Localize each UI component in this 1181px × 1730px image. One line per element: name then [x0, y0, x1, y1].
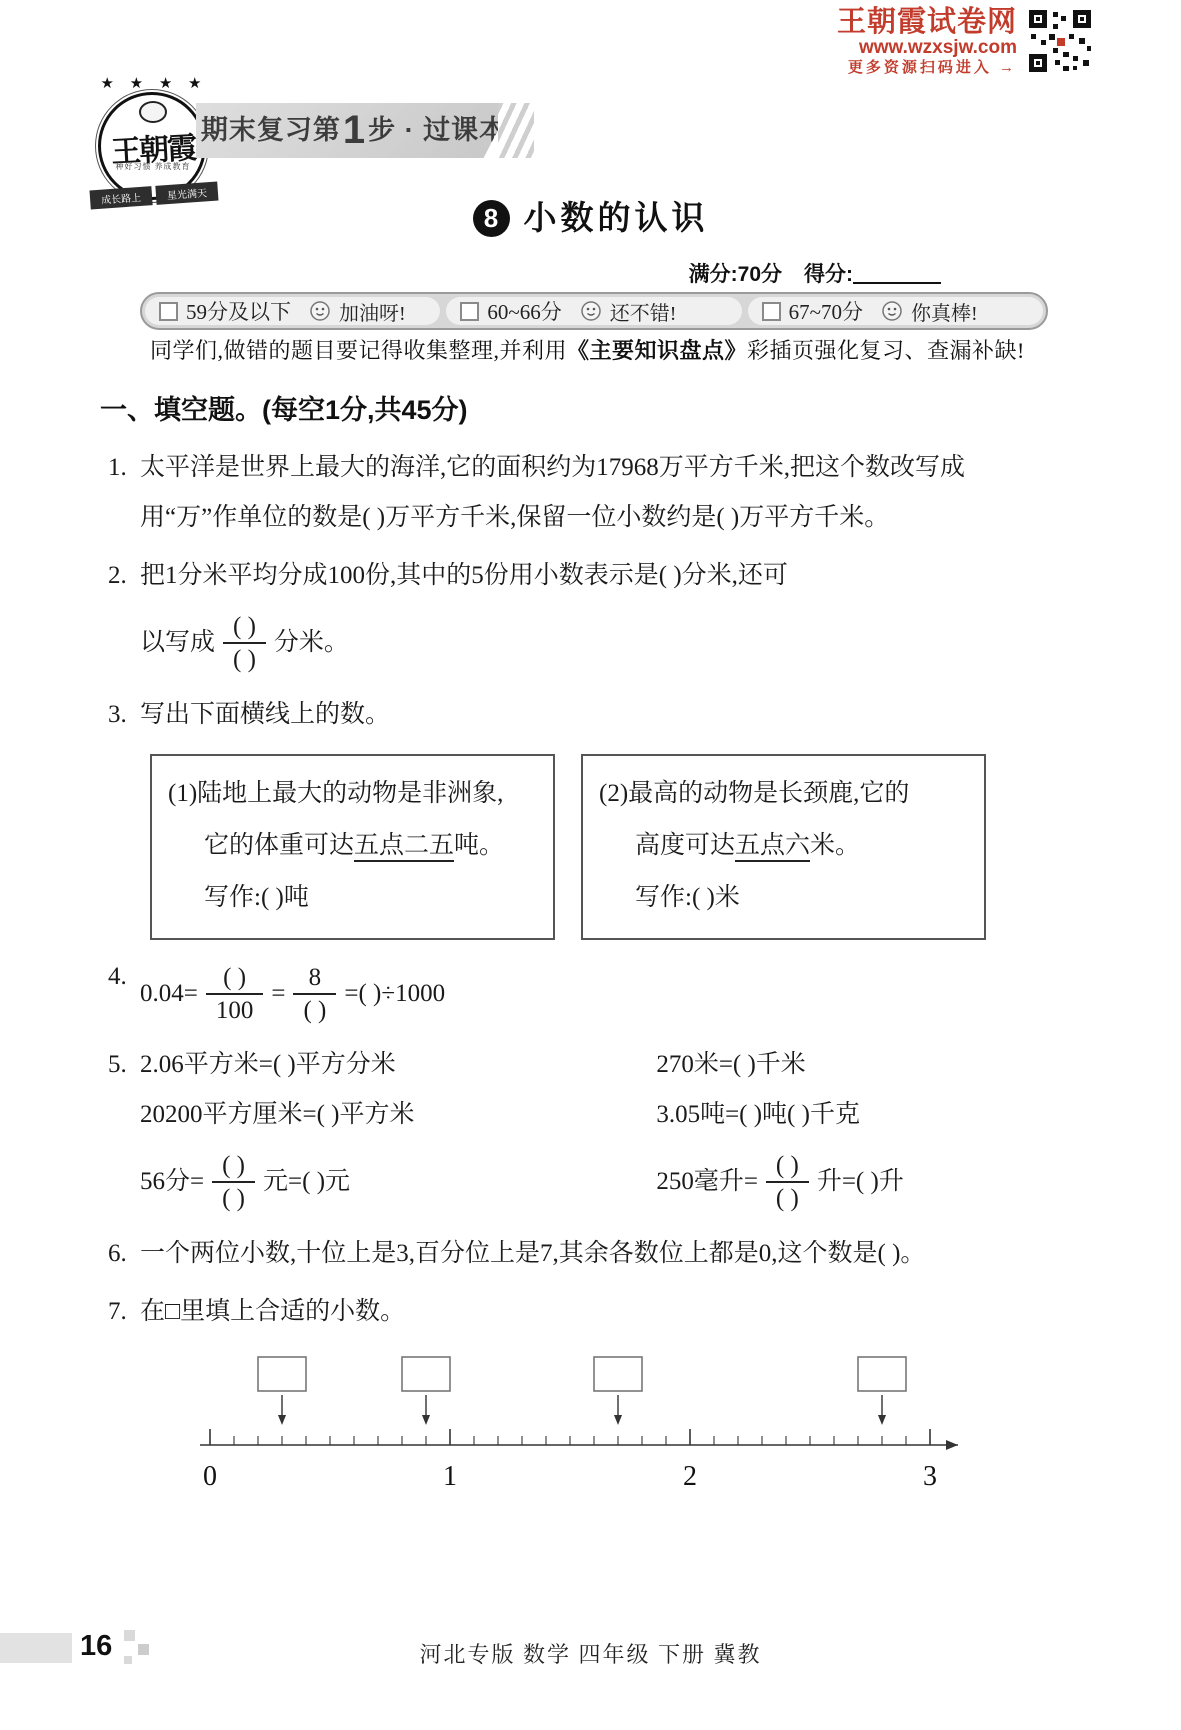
question-text: 在□里填上合适的小数。 [140, 1287, 1062, 1337]
site-brand: 王朝霞试卷网 www.wzxsjw.com 更多资源扫码进入 → [837, 8, 1093, 77]
fraction-numerator: 8 [299, 962, 332, 993]
banner-step-number: 1 [341, 108, 368, 152]
fraction-denominator: ( ) [766, 1181, 809, 1214]
conversion-item: 3.05吨=( )吨( )千克 [656, 1090, 1062, 1140]
site-url: www.wzxsjw.com [837, 37, 1017, 59]
fraction-numerator: ( ) [223, 611, 266, 642]
box1-line2-pre: 它的体重可达 [204, 832, 354, 859]
conversion-item: 250毫升= [656, 1166, 758, 1199]
question-number: 7. [100, 1287, 140, 1337]
question-number: 2. [100, 551, 140, 682]
fraction-blank: ( ) ( ) [223, 611, 266, 676]
smiley-face-icon [309, 300, 331, 322]
logo-portrait-icon [139, 101, 167, 123]
page-title: 8小数的认识 [0, 192, 1181, 239]
svg-text:1: 1 [443, 1461, 457, 1492]
question-6: 6. 一个两位小数,十位上是3,百分位上是7,其余各数位上都是0,这个数是( )… [100, 1229, 1062, 1279]
fraction-denominator: 100 [206, 993, 264, 1026]
box2-line1: (2)最高的动物是长颈鹿,它的 [599, 780, 909, 807]
fraction-numerator: ( ) [213, 962, 256, 993]
score-band-mid-checkbox[interactable] [460, 302, 479, 321]
number-line: 0123 [130, 1353, 1010, 1503]
subquestion-box-1: (1)陆地上最大的动物是非洲象, 它的体重可达五点二五吨。 写作:( )吨 [150, 754, 555, 940]
fraction-numerator: ( ) [212, 1150, 255, 1181]
subquestion-box-2: (2)最高的动物是长颈鹿,它的 高度可达五点六米。 写作:( )米 [581, 754, 986, 940]
notice-post: 彩插页强化复习、查漏补缺! [747, 338, 1025, 363]
section-heading: 一、填空题。(每空1分,共45分) [100, 388, 1062, 427]
worksheet-page: 王朝霞试卷网 www.wzxsjw.com 更多资源扫码进入 → ★ ★ ★ ★… [0, 0, 1181, 1730]
score-band-high-checkbox[interactable] [762, 302, 781, 321]
score-band-low: 59分及以下 加油呀! [145, 297, 440, 325]
fraction-blank: ( ) 100 [206, 962, 264, 1027]
question-text: 以写成 [140, 627, 215, 660]
score-band-mid-range: 60~66分 [487, 296, 561, 326]
notice-line: 同学们,做错的题目要记得收集整理,并利用《主要知识盘点》彩插页强化复习、查漏补缺… [150, 334, 1050, 365]
score-blank-field[interactable] [853, 264, 941, 284]
site-name: 王朝霞试卷网 [837, 8, 1017, 37]
question-number: 1. [100, 443, 140, 543]
score-band-high-comment: 你真棒! [911, 297, 978, 326]
score-band-low-checkbox[interactable] [159, 302, 178, 321]
score-band-high-range: 67~70分 [789, 296, 863, 326]
box1-answer-line: 写作:( )吨 [168, 884, 309, 911]
fraction-blank: 8 ( ) [293, 962, 336, 1027]
score-line: 满分:70分得分: [689, 258, 941, 288]
footer-edition-info: 河北专版 数学 四年级 下册 冀教 [0, 1638, 1181, 1669]
question-4: 4. 0.04= ( ) 100 = 8 ( ) =( )÷1000 [100, 952, 1062, 1033]
unit-title: 小数的认识 [524, 192, 709, 239]
conversion-item: 56分= [140, 1166, 204, 1199]
notice-book-title: 《主要知识盘点》 [567, 338, 747, 363]
question-number: 5. [100, 1040, 140, 1221]
unit-number-badge: 8 [473, 200, 510, 237]
fraction-denominator: ( ) [212, 1181, 255, 1214]
logo-subtext: 种好习惯 养成教育 [101, 161, 205, 172]
question-7: 7. 在□里填上合适的小数。 [100, 1287, 1062, 1337]
box1-line1: (1)陆地上最大的动物是非洲象, [168, 780, 503, 807]
conversion-item: 20200平方厘米=( )平方米 [140, 1090, 656, 1140]
got-score-label: 得分: [804, 263, 853, 286]
question-1: 1. 太平洋是世界上最大的海洋,它的面积约为17968万平方千米,把这个数改写成… [100, 443, 1062, 543]
equation-text: 0.04= [140, 978, 198, 1011]
conversion-item: 元=( )元 [263, 1166, 350, 1199]
question-text: 把1分米平均分成100份,其中的5份用小数表示是( )分米,还可 [140, 562, 788, 589]
smiley-face-icon [580, 300, 602, 322]
banner-prefix: 期末复习第 [201, 115, 341, 145]
smiley-face-icon [881, 300, 903, 322]
questions-section: 一、填空题。(每空1分,共45分) 1. 太平洋是世界上最大的海洋,它的面积约为… [100, 388, 1062, 1508]
question-number: 4. [100, 952, 140, 1033]
question-2: 2. 把1分米平均分成100份,其中的5份用小数表示是( )分米,还可 以写成 … [100, 551, 1062, 682]
score-band-high: 67~70分 你真棒! [748, 297, 1043, 325]
conversion-item: 270米=( )千米 [656, 1040, 1062, 1090]
question-text: 分米。 [274, 627, 349, 660]
question-3: 3. 写出下面横线上的数。 (1)陆地上最大的动物是非洲象, 它的体重可达五点二… [100, 690, 1062, 944]
review-step-banner: 期末复习第1步 · 过课本 [196, 103, 512, 158]
notice-pre: 同学们,做错的题目要记得收集整理,并利用 [150, 338, 567, 363]
score-band-low-range: 59分及以下 [186, 296, 291, 326]
box2-answer-line: 写作:( )米 [599, 884, 740, 911]
question-number: 3. [100, 690, 140, 944]
number-line-figure: 0123 [130, 1353, 1062, 1508]
banner-suffix: 步 · 过课本 [368, 115, 507, 145]
box1-line2-post: 吨。 [454, 832, 504, 859]
question-number: 6. [100, 1229, 140, 1279]
box1-underlined-number: 五点二五 [354, 832, 454, 862]
box2-underlined-number: 五点六 [735, 832, 810, 862]
score-band-low-comment: 加油呀! [339, 297, 406, 326]
score-band-mid-comment: 还不错! [610, 297, 677, 326]
qr-code-icon [1027, 8, 1093, 74]
fraction-numerator: ( ) [766, 1150, 809, 1181]
banner-stripes-decoration [498, 103, 534, 158]
box2-line2-post: 米。 [810, 832, 860, 859]
conversion-item: 升=( )升 [817, 1166, 904, 1199]
conversion-item: 2.06平方米=( )平方分米 [140, 1040, 656, 1090]
fraction-blank: ( ) ( ) [766, 1150, 809, 1215]
site-tagline: 更多资源扫码进入 → [837, 59, 1017, 77]
question-text: 写出下面横线上的数。 [140, 701, 390, 728]
fraction-denominator: ( ) [223, 642, 266, 675]
question-text: 一个两位小数,十位上是3,百分位上是7,其余各数位上都是0,这个数是( )。 [140, 1229, 1062, 1279]
fraction-blank: ( ) ( ) [212, 1150, 255, 1215]
box2-line2-pre: 高度可达 [635, 832, 735, 859]
fraction-denominator: ( ) [293, 993, 336, 1026]
full-score-label: 满分:70分 [689, 263, 782, 286]
svg-text:0: 0 [203, 1461, 217, 1492]
svg-text:3: 3 [923, 1461, 937, 1492]
score-bands: 59分及以下 加油呀! 60~66分 还不错! 67~70分 你真棒! [140, 292, 1048, 330]
question-5: 5. 2.06平方米=( )平方分米 270米=( )千米 20200平方厘米=… [100, 1040, 1062, 1221]
score-band-mid: 60~66分 还不错! [446, 297, 741, 325]
equation-text: = [271, 978, 285, 1011]
equation-text: =( )÷1000 [344, 978, 445, 1011]
question-text: 太平洋是世界上最大的海洋,它的面积约为17968万平方千米,把这个数改写成用“万… [140, 443, 1062, 543]
svg-text:2: 2 [683, 1461, 697, 1492]
